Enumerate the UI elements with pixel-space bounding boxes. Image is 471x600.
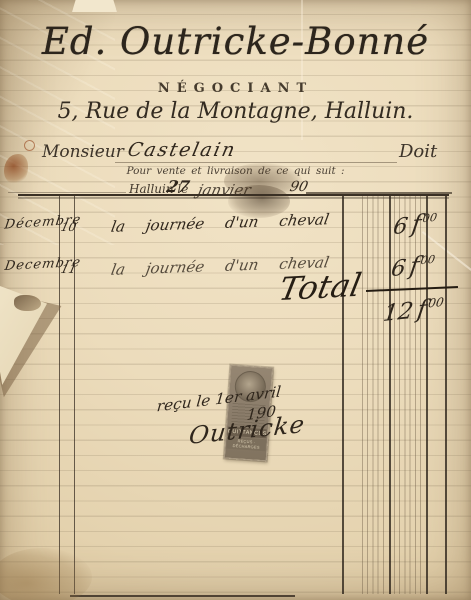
row2-centimes: 00 (420, 253, 436, 267)
money-column-line (445, 196, 447, 594)
money-column-line (389, 196, 391, 594)
salutation-label: Monsieur (42, 142, 124, 162)
centime-fine-lines (362, 196, 388, 594)
total-centimes: 00 (427, 295, 445, 311)
doit-label: Doit (399, 141, 437, 162)
total-amount: 12f00 (381, 293, 445, 327)
dateline-rule-left (8, 192, 126, 193)
ledger-bottom-border (70, 595, 295, 597)
row1-description: la journée d'un cheval (110, 210, 331, 236)
row2-day: 11 (60, 262, 78, 276)
row2-francs: 6 (390, 256, 408, 282)
merchant-title: Ed. Outricke-Bonné (0, 20, 471, 63)
row1-francs: 6 (392, 214, 410, 240)
torn-edge-notch (14, 295, 41, 311)
client-name-handwritten: Castelain (126, 139, 239, 161)
row1-centimes: 00 (422, 211, 438, 225)
total-francs: 12 (381, 298, 415, 327)
row1-day: 10 (60, 220, 78, 234)
invoice-document: Ed. Outricke-Bonné NÉGOCIANT 5, Rue de l… (0, 0, 471, 600)
row2-amount: 6f00 (390, 250, 437, 282)
merchant-address: 5, Rue de la Montagne, Halluin. (0, 99, 471, 124)
rust-blob-stain (4, 154, 28, 184)
total-label-handwritten: Total (276, 266, 365, 308)
merchant-profession: NÉGOCIANT (0, 81, 471, 96)
rust-ring-stain (24, 140, 35, 151)
bottom-left-stain (0, 548, 92, 600)
row1-amount: 6f00 (392, 208, 439, 240)
paper-tab-top-edge (72, 0, 117, 12)
money-column-line (342, 196, 344, 594)
